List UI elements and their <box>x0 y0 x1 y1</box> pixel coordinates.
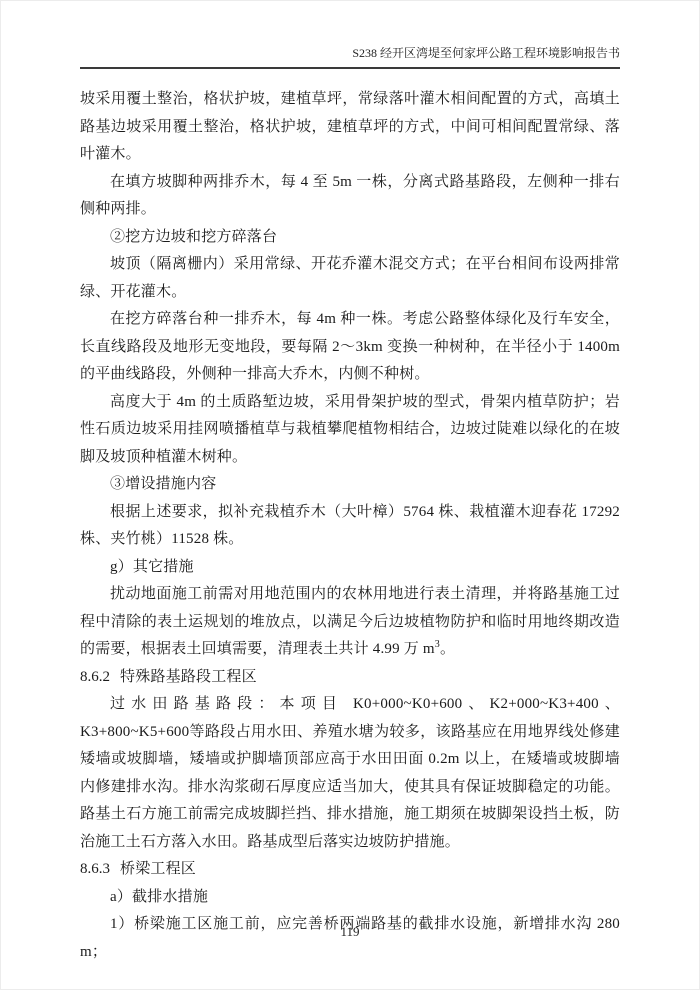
list-item-drainage-measures: a）截排水措施 <box>80 884 620 912</box>
section-heading-8-6-3: 8.6.3桥梁工程区 <box>80 856 620 884</box>
document-page: S238 经开区湾堤至何家坪公路工程环境影响报告书 坡采用覆土整治，格状护坡，建… <box>0 0 700 990</box>
heading-number: 8.6.3 <box>80 861 110 877</box>
list-item-cut-slope: ②挖方边坡和挖方碎落台 <box>80 224 620 252</box>
paragraph-topsoil-clearing: 扰动地面施工前需对用地范围内的农林用地进行表土清理，并将路基施工过程中清除的表土… <box>80 581 620 664</box>
paragraph-planting-quantities: 根据上述要求，拟补充栽植乔木（大叶樟）5764 株、栽植灌木迎春花 17292 … <box>80 499 620 554</box>
paragraph-paddy-roadbed: 过水田路基路段：本项目 K0+000~K0+600、K2+000~K3+400、… <box>80 691 620 856</box>
page-number: 119 <box>340 924 359 939</box>
section-heading-8-6-2: 8.6.2特殊路基路段工程区 <box>80 664 620 692</box>
page-header: S238 经开区湾堤至何家坪公路工程环境影响报告书 <box>80 46 620 69</box>
paragraph-slope-continuation: 坡采用覆土整治，格状护坡，建植草坪，常绿落叶灌木相间配置的方式，高填土路基边坡采… <box>80 86 620 169</box>
page-footer: 119 <box>0 924 700 940</box>
paragraph-text: 扰动地面施工前需对用地范围内的农林用地进行表土清理，并将路基施工过程中清除的表土… <box>80 586 620 657</box>
paragraph-platform-trees: 在挖方碎落台种一排乔木，每 4m 种一株。考虑公路整体绿化及行车安全，长直线路段… <box>80 306 620 389</box>
heading-title: 特殊路基路段工程区 <box>120 669 257 685</box>
heading-number: 8.6.2 <box>80 669 110 685</box>
paragraph-text: 。 <box>440 641 455 657</box>
paragraph-high-slope-protection: 高度大于 4m 的土质路堑边坡，采用骨架护坡的型式，骨架内植草防护；岩性石质边坡… <box>80 389 620 472</box>
heading-title: 桥梁工程区 <box>120 861 196 877</box>
list-item-other-measures: g）其它措施 <box>80 554 620 582</box>
paragraph-fill-slope-trees: 在填方坡脚种两排乔木，每 4 至 5m 一株，分离式路基路段，左侧种一排右侧种两… <box>80 169 620 224</box>
paragraph-slope-top-planting: 坡顶（隔离栅内）采用常绿、开花乔灌木混交方式；在平台相间布设两排常绿、开花灌木。 <box>80 251 620 306</box>
header-title: S238 经开区湾堤至何家坪公路工程环境影响报告书 <box>352 46 620 60</box>
list-item-added-measures: ③增设措施内容 <box>80 471 620 499</box>
document-body: 坡采用覆土整治，格状护坡，建植草坪，常绿落叶灌木相间配置的方式，高填土路基边坡采… <box>80 86 620 966</box>
